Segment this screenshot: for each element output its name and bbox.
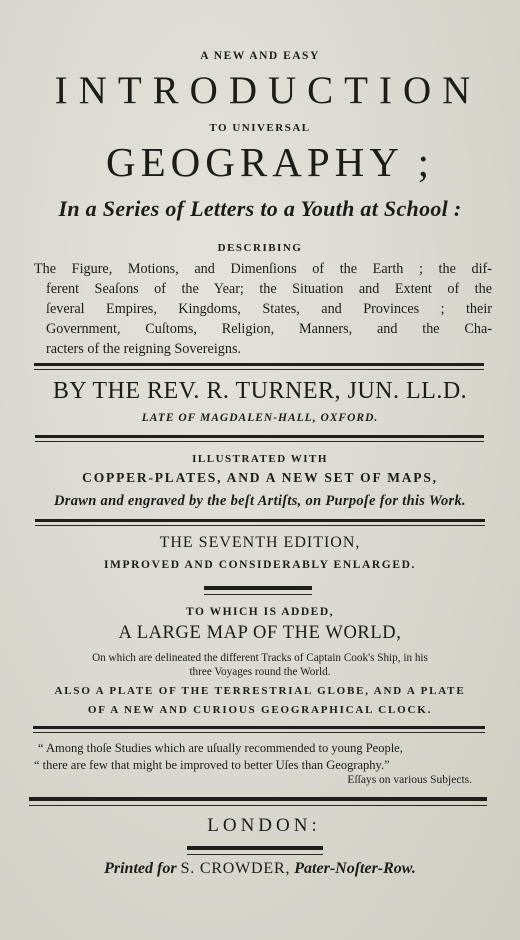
double-rule [35, 435, 484, 438]
epigraph-line: “ Among thoſe Studies which are uſually … [34, 740, 492, 757]
epigraph-line: “ there are few that might be improved t… [34, 757, 492, 774]
edition-note: IMPROVED AND CONSIDERABLY ENLARGED. [0, 559, 520, 571]
short-rule [187, 846, 323, 850]
also-line: ALSO A PLATE OF THE TERRESTRIAL GLOBE, A… [0, 685, 520, 697]
description-line: Government, Cuſtoms, Religion, Manners, … [34, 319, 492, 339]
illustrations-note: Drawn and engraved by the beſt Artiſts, … [0, 493, 520, 510]
description-line: racters of the reigning Sovereigns. [34, 339, 492, 359]
author-affiliation: LATE OF MAGDALEN-HALL, OXFORD. [0, 412, 520, 424]
title-page: A NEW AND EASY INTRODUCTION TO UNIVERSAL… [0, 0, 520, 940]
imprint-printed-for: Printed for [104, 860, 176, 877]
description-line: ſeveral Empires, Kingdoms, States, and P… [34, 299, 492, 319]
description-paragraph: The Figure, Motions, and Dimenſions of t… [34, 259, 492, 359]
imprint-publisher: S. CROWDER, [181, 860, 291, 877]
double-rule [34, 363, 484, 366]
imprint-address: Pater-Noſter-Row. [294, 860, 416, 877]
main-title-geography: GEOGRAPHY ; [0, 138, 520, 186]
subtitle: In a Series of Letters to a Youth at Sch… [0, 196, 520, 222]
double-rule [35, 519, 485, 522]
epigraph: “ Among thoſe Studies which are uſually … [34, 740, 492, 774]
added-description-line: three Voyages round the World. [0, 666, 520, 678]
imprint-city: LONDON: [0, 815, 520, 837]
edition: THE SEVENTH EDITION, [0, 534, 520, 552]
imprint: Printed for S. CROWDER, Pater-Noſter-Row… [0, 860, 520, 878]
added-label: TO WHICH IS ADDED, [0, 606, 520, 618]
kicker: A NEW AND EASY [0, 50, 520, 62]
illustrated-label: ILLUSTRATED WITH [0, 453, 520, 465]
added-description-line: On which are delineated the different Tr… [0, 652, 520, 664]
connector-text: TO UNIVERSAL [0, 122, 520, 134]
illustrations: COPPER-PLATES, AND A NEW SET OF MAPS, [0, 470, 520, 486]
added-title: A LARGE MAP OF THE WORLD, [0, 623, 520, 644]
description-line: ferent Seaſons of the Year; the Situatio… [34, 279, 492, 299]
author: BY THE REV. R. TURNER, JUN. LL.D. [0, 378, 520, 405]
heavy-double-rule [29, 797, 487, 801]
main-title-introduction: INTRODUCTION [0, 68, 520, 113]
describing-label: DESCRIBING [0, 242, 520, 254]
double-rule [33, 726, 485, 729]
also-line: OF A NEW AND CURIOUS GEOGRAPHICAL CLOCK. [0, 704, 520, 716]
description-line: The Figure, Motions, and Dimenſions of t… [34, 259, 492, 279]
short-rule [204, 586, 312, 590]
epigraph-source: Eſſays on various Subjects. [347, 774, 472, 786]
